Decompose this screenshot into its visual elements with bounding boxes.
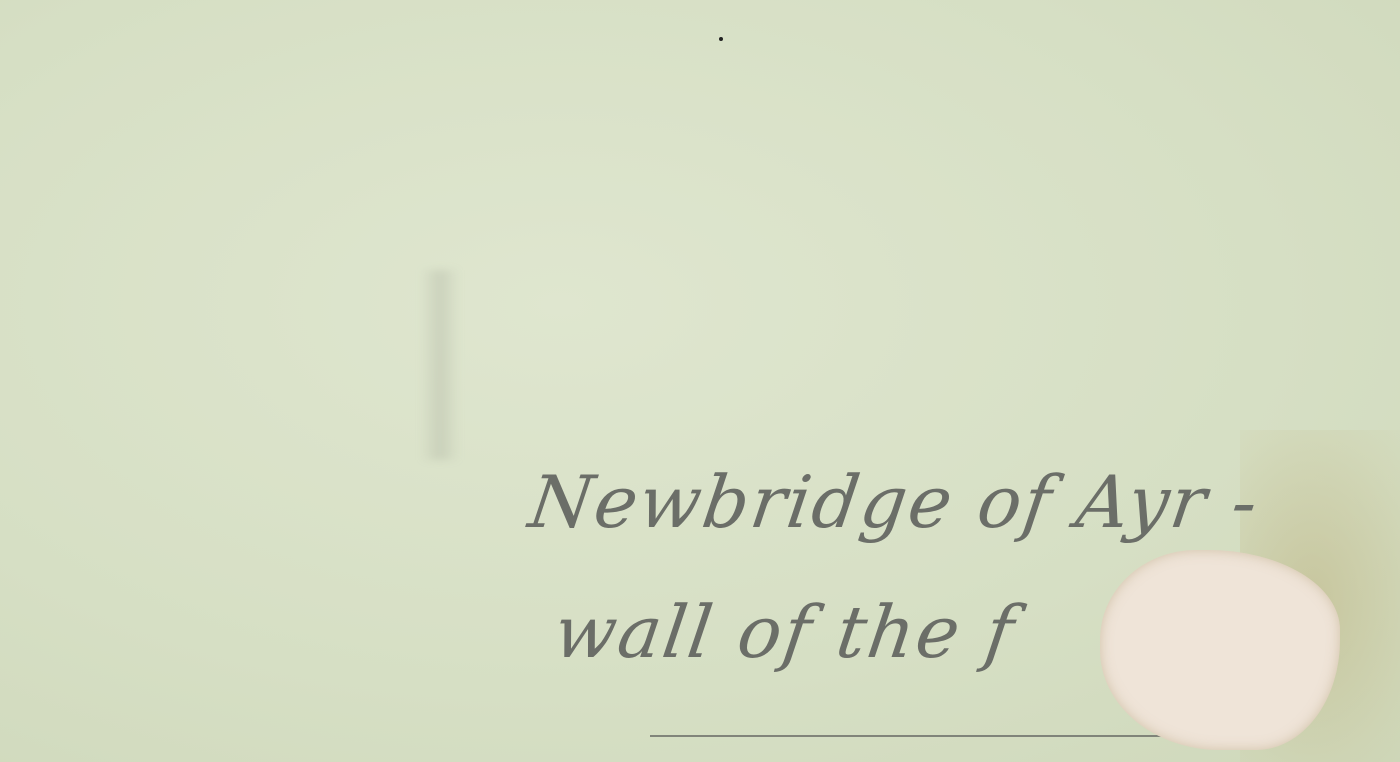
inscription-line-1: Newbridge of Ayr -: [524, 460, 1265, 544]
pencil-underline: [650, 735, 1170, 737]
inscription-line-2: wall of the f: [549, 590, 1021, 674]
torn-patch: [1100, 550, 1340, 750]
speck: [719, 37, 723, 41]
paper-sheet: Newbridge of Ayr - wall of the f: [0, 0, 1400, 762]
pencil-smudge: [420, 270, 460, 460]
